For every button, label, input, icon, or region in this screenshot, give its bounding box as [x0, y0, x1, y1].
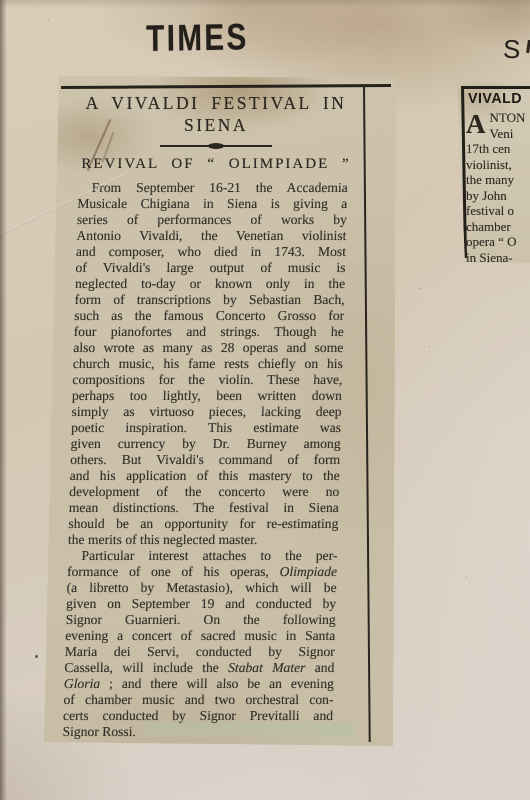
article-line: poetic inspiration. This estimate was — [71, 420, 341, 436]
article-line: also wrote as many as 28 operas and some — [73, 340, 343, 356]
side-article-headline: VIVALD — [468, 90, 522, 107]
article-line: form of transcriptions by Sebastian Bach… — [74, 292, 344, 308]
article-line: development of the concerto were no — [69, 484, 339, 500]
side-article-line: opera “ O — [466, 234, 530, 250]
side-article-line: by John — [466, 188, 530, 204]
side-article-body: A NTONVeni 17th cenviolinist,the manyby … — [466, 110, 530, 265]
article-line: (a libretto by Metastasio), which will b… — [66, 580, 336, 596]
article-line: should be an opportunity for re-estimati… — [68, 516, 338, 532]
side-article-line: violinist, — [466, 157, 530, 173]
article-line: From September 16-21 the Accademia — [78, 180, 348, 196]
newspaper-name-stamp: TIMES — [146, 16, 249, 60]
side-article-line: 17th cen — [466, 141, 530, 157]
column-rule — [363, 86, 371, 742]
clipping-top-rule — [61, 84, 391, 89]
article-line: Cassella, will include the Stabat Mater … — [64, 660, 334, 676]
side-article-line: the many — [466, 172, 530, 188]
article-line: Signor Rossi. — [62, 724, 332, 740]
article-headline-line1: A VIVALDI FESTIVAL IN — [78, 92, 354, 114]
article-line: Gloria ; and there will also be an eveni… — [64, 676, 334, 692]
article-headline-line2: SIENA — [78, 114, 354, 136]
article-line: such as the famous Concerto Grosso for — [74, 308, 344, 324]
side-article-line: NTON — [490, 110, 526, 126]
side-article-line: Veni — [490, 126, 526, 142]
article-line: Antonio Vivaldi, the Venetian violinist — [76, 228, 346, 244]
article-line: neglected to-day or known only in the — [75, 276, 345, 292]
article-line: Signor Guarnieri. On the following — [65, 612, 335, 628]
article-line: and composer, who died in 1743. Most — [76, 244, 346, 260]
article-line: church music, his fame rests chiefly on … — [73, 356, 343, 372]
headline-divider-ornament — [160, 145, 272, 147]
article-line: simply as virtuoso pieces, lacking deep — [71, 404, 341, 420]
article-body: From September 16-21 the AccademiaMusica… — [62, 180, 348, 740]
article-line: of chamber music and two orchestral con- — [63, 692, 333, 708]
article-line: Particular interest attaches to the per- — [67, 548, 337, 564]
article-line: Maria dei Servi, conducted by Signor — [65, 644, 335, 660]
side-article-line: in Siena- — [466, 250, 530, 266]
article-line: perhaps too lightly, been written down — [72, 388, 342, 404]
article-line: the merits of this neglected master. — [68, 532, 338, 548]
dropcap-row: A NTONVeni — [466, 110, 530, 141]
article-subhead: REVIVAL OF “ OLIMPIADE ” — [78, 154, 354, 174]
article-line: series of performances of works by — [77, 212, 347, 228]
photo-edge-shadow-left — [0, 0, 8, 800]
article-line: others. But Vivaldi's command of form — [70, 452, 340, 468]
main-newspaper-clipping: A VIVALDI FESTIVAL IN SIENA REVIVAL OF “… — [44, 76, 396, 748]
side-article-line: festival o — [466, 203, 530, 219]
adjacent-column-letter: S — [502, 34, 520, 66]
article-line: given on September 19 and conducted by — [66, 596, 336, 612]
dropcap-lines: NTONVeni — [490, 110, 526, 141]
article-line: formance of one of his operas, Olimpiade — [67, 564, 337, 580]
side-article-lines: 17th cenviolinist,the manyby Johnfestiva… — [466, 141, 530, 265]
article-line: of Vivaldi's large output of music is — [75, 260, 345, 276]
article-line: given currency by Dr. Burney among — [70, 436, 340, 452]
scrapbook-page-photo: TIMES S A VIVALDI FESTIVAL IN SIENA REVI… — [0, 0, 530, 800]
article-line: evening a concert of sacred music in San… — [65, 628, 335, 644]
article-line: and his application of this mastery to t… — [70, 468, 340, 484]
side-newspaper-clipping: VIVALD A NTONVeni 17th cenviolinist,the … — [450, 82, 530, 263]
article-line: four pianofortes and strings. Though he — [74, 324, 344, 340]
side-clipping-top-rule — [462, 86, 530, 89]
article-line: Musicale Chigiana in Siena is giving a — [77, 196, 347, 212]
paper-specks — [35, 655, 38, 658]
article-line: certs conducted by Signor Previtalli and — [63, 708, 333, 724]
article-line: compositions for the violin. These have, — [72, 372, 342, 388]
article-content: A VIVALDI FESTIVAL IN SIENA REVIVAL OF “… — [78, 92, 354, 740]
adjacent-letter-fragment — [526, 40, 530, 53]
side-article-line: chamber — [466, 219, 530, 235]
article-line: mean distinctions. The festival in Siena — [69, 500, 339, 516]
dropcap-letter: A — [466, 110, 486, 141]
photo-edge-shadow-top — [0, 0, 530, 8]
